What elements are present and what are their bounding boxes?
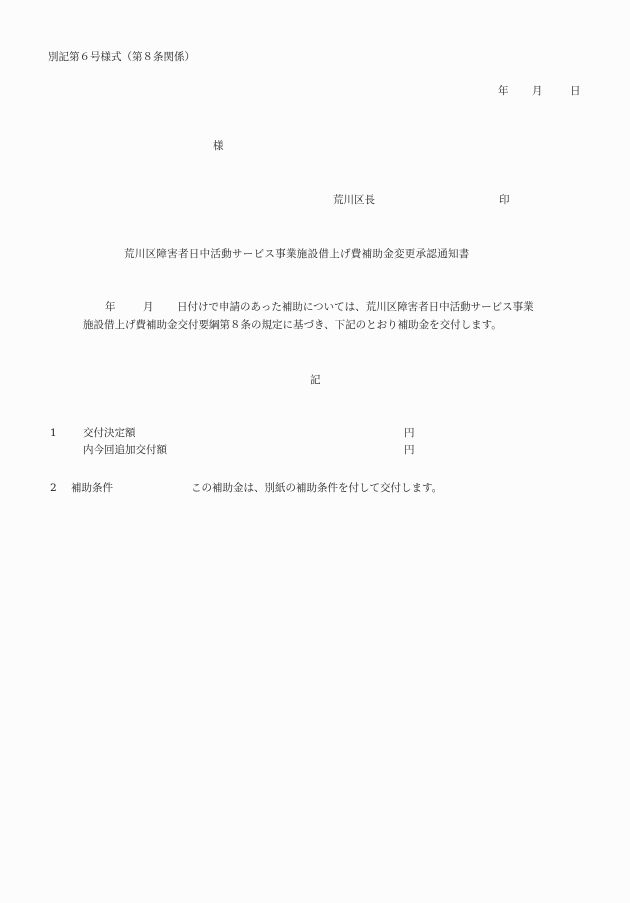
date-month-label: 月: [532, 86, 570, 97]
item-2-label: 補助条件: [71, 483, 113, 494]
item-2-number: 2: [50, 483, 57, 494]
body-paragraph-line-2: 施設借上げ費補助金交付要綱第８条の規定に基づき、下記のとおり補助金を交付します。: [83, 320, 502, 331]
item-1-sub-unit: 円: [404, 445, 415, 456]
body-year-label: 年: [105, 302, 143, 313]
ki-heading: 記: [310, 375, 321, 386]
body-line-1-text: 日付けで申請のあった補助については、荒川区障害者日中活動サービス事業: [177, 301, 534, 313]
item-1-number: 1: [50, 428, 57, 439]
date-day-label: 日: [570, 86, 581, 97]
body-paragraph-line-1: 年月日付けで申請のあった補助については、荒川区障害者日中活動サービス事業: [105, 302, 534, 313]
form-number: 別記第６号様式（第８条関係）: [48, 52, 195, 63]
document-title: 荒川区障害者日中活動サービス事業施設借上げ費補助金変更承認通知書: [124, 249, 470, 260]
item-1-unit: 円: [404, 428, 415, 439]
issuer-name: 荒川区長: [333, 195, 375, 206]
seal-mark: 印: [499, 195, 510, 206]
item-2-text: この補助金は、別紙の補助条件を付して交付します。: [191, 483, 442, 494]
body-month-label: 月: [143, 302, 177, 313]
date-year-label: 年: [498, 86, 532, 97]
recipient-suffix: 様: [213, 141, 224, 152]
item-1-label: 交付決定額: [83, 428, 136, 439]
date-line: 年月日: [498, 86, 581, 97]
item-1-sub-label: 内今回追加交付額: [83, 445, 167, 456]
